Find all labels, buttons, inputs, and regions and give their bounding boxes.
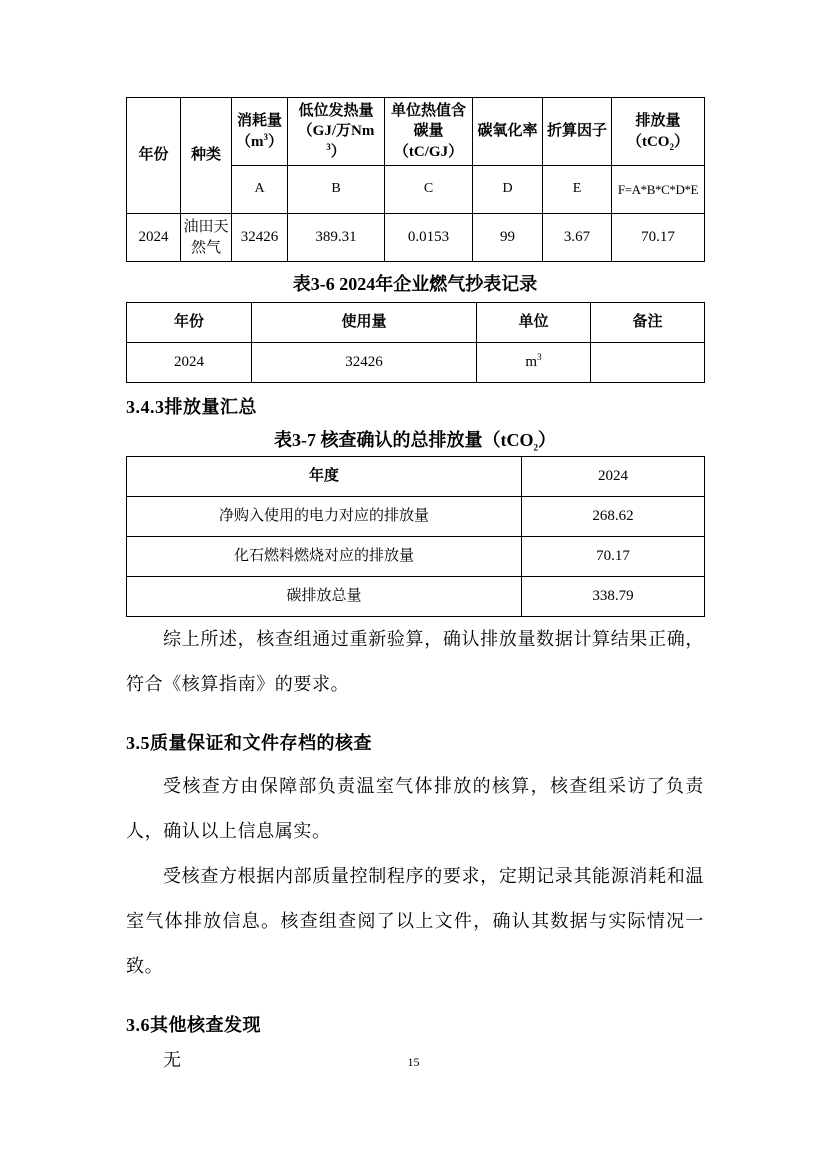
cell-ncv: 389.31 xyxy=(288,214,385,262)
cell-remark xyxy=(591,343,705,383)
section-heading-3-4-3: 3.4.3排放量汇总 xyxy=(126,395,704,420)
header-ncv: 低位发热量 （GJ/万Nm3） xyxy=(288,98,385,166)
fuel-table-data-row: 2024 油田天然气 32426 389.31 0.0153 99 3.67 7… xyxy=(127,214,705,262)
table-row: 化石燃料燃烧对应的排放量 70.17 xyxy=(127,537,705,577)
header-year: 年份 xyxy=(127,303,252,343)
table-row: 净购入使用的电力对应的排放量 268.62 xyxy=(127,497,705,537)
cell-electricity-value: 268.62 xyxy=(522,497,705,537)
formula-cell-c: C xyxy=(385,166,473,214)
meter-table-data-row: 2024 32426 m3 xyxy=(127,343,705,383)
header-oxidation-rate: 碳氧化率 xyxy=(473,98,543,166)
caption-text: 表3-7 核查确认的总排放量（tCO xyxy=(274,430,534,450)
formula-cell-a: A xyxy=(232,166,288,214)
formula-cell-b: B xyxy=(288,166,385,214)
cell-unit: m3 xyxy=(477,343,591,383)
header-emission: 排放量 （tCO2） xyxy=(612,98,705,166)
cell-total-value: 338.79 xyxy=(522,577,705,617)
formula-cell-e: E xyxy=(543,166,612,214)
header-carbon-content-label: 单位热值含碳量 xyxy=(391,103,466,139)
header-ncv-unit: （GJ/万Nm xyxy=(298,123,375,139)
unit-base: m xyxy=(525,354,537,370)
meter-table-header-row: 年份 使用量 单位 备注 xyxy=(127,303,705,343)
header-carbon-content: 单位热值含碳量 （tC/GJ） xyxy=(385,98,473,166)
cell-year: 2024 xyxy=(127,214,181,262)
header-year: 年份 xyxy=(127,98,181,214)
header-carbon-content-unit: （tC/GJ） xyxy=(394,144,463,160)
cell-fossil-label: 化石燃料燃烧对应的排放量 xyxy=(127,537,522,577)
header-remark: 备注 xyxy=(591,303,705,343)
header-emission-unit-close: ） xyxy=(674,134,689,150)
header-ncv-label: 低位发热量 xyxy=(298,103,373,119)
header-kind: 种类 xyxy=(181,98,232,214)
summary-paragraph: 综上所述，核查组通过重新验算，确认排放量数据计算结果正确，符合《核算指南》的要求… xyxy=(126,617,704,707)
header-consumption-unit: （m xyxy=(236,134,264,150)
cell-consumption: 32426 xyxy=(232,214,288,262)
qa-paragraph-1: 受核查方由保障部负责温室气体排放的核算，核查组采访了负责人，确认以上信息属实。 xyxy=(126,764,704,854)
cell-carbon-content: 0.0153 xyxy=(385,214,473,262)
header-emission-label: 排放量 xyxy=(635,113,680,129)
cell-fuel-kind: 油田天然气 xyxy=(181,214,232,262)
cell-total-label: 碳排放总量 xyxy=(127,577,522,617)
cell-usage: 32426 xyxy=(252,343,477,383)
formula-cell-f: F=A*B*C*D*E xyxy=(612,166,705,214)
cell-fossil-value: 70.17 xyxy=(522,537,705,577)
section-heading-3-6: 3.6其他核查发现 xyxy=(126,1013,704,1038)
header-conversion-factor: 折算因子 xyxy=(543,98,612,166)
header-period: 年度 xyxy=(127,457,522,497)
qa-paragraph-2: 受核查方根据内部质量控制程序的要求，定期记录其能源消耗和温室气体排放信息。核查组… xyxy=(126,854,704,989)
fuel-table-header-row: 年份 种类 消耗量 （m3） 低位发热量 （GJ/万Nm3） 单位热值含碳量 （… xyxy=(127,98,705,166)
document-page: 年份 种类 消耗量 （m3） 低位发热量 （GJ/万Nm3） 单位热值含碳量 （… xyxy=(0,0,827,1169)
total-table-header-row: 年度 2024 xyxy=(127,457,705,497)
page-number: 15 xyxy=(0,1055,827,1070)
header-consumption-unit-close: ） xyxy=(268,134,283,150)
page-content: 年份 种类 消耗量 （m3） 低位发热量 （GJ/万Nm3） 单位热值含碳量 （… xyxy=(126,97,704,1083)
header-consumption-label: 消耗量 xyxy=(237,113,282,129)
fuel-emission-table: 年份 种类 消耗量 （m3） 低位发热量 （GJ/万Nm3） 单位热值含碳量 （… xyxy=(126,97,705,262)
cell-conversion-factor: 3.67 xyxy=(543,214,612,262)
cell-electricity-label: 净购入使用的电力对应的排放量 xyxy=(127,497,522,537)
table-3-6-caption: 表3-6 2024年企业燃气抄表记录 xyxy=(126,272,704,296)
header-unit: 单位 xyxy=(477,303,591,343)
cell-year: 2024 xyxy=(127,343,252,383)
header-emission-unit: （tCO xyxy=(627,134,670,150)
header-period-value: 2024 xyxy=(522,457,705,497)
table-3-7-caption: 表3-7 核查确认的总排放量（tCO2） xyxy=(126,428,704,452)
header-usage: 使用量 xyxy=(252,303,477,343)
cell-oxidation-rate: 99 xyxy=(473,214,543,262)
section-heading-3-5: 3.5质量保证和文件存档的核查 xyxy=(126,731,704,756)
gas-meter-table: 年份 使用量 单位 备注 2024 32426 m3 xyxy=(126,302,705,383)
table-row: 碳排放总量 338.79 xyxy=(127,577,705,617)
cell-emission: 70.17 xyxy=(612,214,705,262)
total-emission-table: 年度 2024 净购入使用的电力对应的排放量 268.62 化石燃料燃烧对应的排… xyxy=(126,456,705,617)
header-consumption: 消耗量 （m3） xyxy=(232,98,288,166)
header-ncv-unit-close: ） xyxy=(331,144,346,160)
caption-close: ） xyxy=(538,430,556,450)
formula-cell-d: D xyxy=(473,166,543,214)
superscript: 3 xyxy=(537,352,542,362)
